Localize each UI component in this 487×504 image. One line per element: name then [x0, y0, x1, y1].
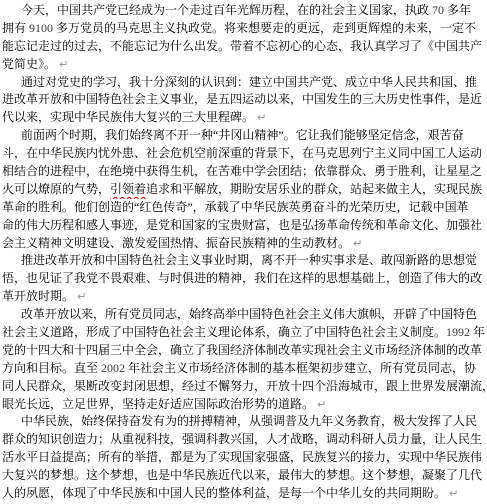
paragraph: 前面两个时期，我们始终离不开一种“井冈山精神”。它让我们能够坚定信念，艰苦奋斗，…: [2, 127, 487, 252]
text-line: 悟，也见证了我党不畏艰难、与时俱进的精神，我们在这样的思想基础上，创造了伟大的改: [2, 270, 487, 288]
text-line: 社会主义道路，形成了中国特色社会主义理论体系，确立了中国特色社会主义制度。199…: [2, 324, 487, 342]
text-line: 方向和目标。直至 2002 年社会主义市场经济体制的基本框架初步建立，所有党员同…: [2, 360, 487, 378]
text-line: 活水平日益提高；所有的举措，都是为了实现国家强盛，民族复兴的接力，实现中华民族伟: [2, 449, 487, 467]
text-line: 火可以燎原的气势，引领着追求和平解放，期盼安居乐业的群众，站起来做主人，实现民族: [2, 181, 487, 199]
text-line: 革开放时期。↵: [2, 288, 487, 306]
text-line: 命的伟大历程和感人事迹，是党和国家的宝贵财富，也是弘扬革命传统和革命文化、加强社: [2, 217, 487, 235]
text-line: 相结合的进程中，在绝境中获得生机，在苦难中学会团结；依靠群众、勇于胜利，让星星之: [2, 163, 487, 181]
paragraph-mark-icon: ↵: [317, 397, 327, 411]
text-line: 同人民群众，果断改变封闭思想，经过不懈努力，开放十四个沿海城市，跟上世界发展潮流…: [2, 378, 487, 396]
text-line: 进改革开放和中国特色社会主义事业，是五四运动以来，中国发生的三大历史性事件，是近: [2, 91, 487, 109]
paragraph-mark-icon: ↵: [59, 57, 69, 71]
text-line: 革命的胜利。他们创造的“红色传奇”，承载了中华民族英勇奋斗的光荣历史，记载中国革: [2, 199, 487, 217]
spellcheck-underline: 引领着: [110, 182, 146, 196]
text-line: 前面两个时期，我们始终离不开一种“井冈山精神”。它让我们能够坚定信念，艰苦奋: [2, 127, 487, 145]
text-line: 推进改革开放和中国特色社会主义事业时期，离不开一种实事求是、敢闯新路的思想觉: [2, 252, 487, 270]
text-line: 会主义精神文明建设、激发爱国热情、振奋民族精神的生动教材。↵: [2, 235, 487, 253]
text-line: 今天，中国共产党已经成为一个走过百年光辉历程，在的社会主义国家，执政 70 多年: [2, 2, 487, 20]
latin-number: 70: [432, 3, 444, 17]
text-line: 大复兴的梦想。这个梦想，也是中华民族近代以来，最伟大的梦想。这个梦想，凝聚了几代: [2, 467, 487, 485]
text-line: 代以来，实现中华民族伟大复兴的三大里程碑。↵: [2, 109, 487, 127]
text-line: 中华民族，始终保持奋发有为的拼搏精神，从强调普及九年义务教育，极大发挥了人民: [2, 413, 487, 431]
paragraph-mark-icon: ↵: [449, 486, 459, 500]
document-page[interactable]: 今天，中国共产党已经成为一个走过百年光辉历程，在的社会主义国家，执政 70 多年…: [0, 0, 487, 504]
text-line: 能忘记走过的过去，不能忘记为什么出发。带着不忘初心的心态，我认真学习了《中国共产: [2, 38, 487, 56]
text-line: 群众的知识创造力；从重视科技，强调科教兴国，人才战略，调动科研人员力量，让人民生: [2, 431, 487, 449]
text-line: 眼光长远，立足世界，坚持走好适应国际政治形势的道路。↵: [2, 396, 487, 414]
paragraph: 改革开放以来，所有党员同志，始终高举中国特色社会主义伟大旗帜，开辟了中国特色社会…: [2, 306, 487, 413]
paragraph: 通过对党史的学习，我十分深刻的认识到：建立中国共产党、成立中华人民共和国、推进改…: [2, 74, 487, 128]
latin-number: 1992: [446, 325, 470, 339]
paragraph-mark-icon: ↵: [353, 236, 363, 250]
text-line: 党简史》。↵: [2, 56, 487, 74]
paragraph: 今天，中国共产党已经成为一个走过百年光辉历程，在的社会主义国家，执政 70 多年…: [2, 2, 487, 74]
paragraph-mark-icon: ↵: [257, 110, 267, 124]
text-line: 拥有 9100 多万党员的马克思主义执政党。将来想要走的更远，走到更辉煌的未来，…: [2, 20, 487, 38]
text-line: 党的十四大和十四届三中全会，确立了我国经济体制改革实现社会主义市场经济体制的改革: [2, 342, 487, 360]
text-line: 斗，在中华民族内忧外患、社会危机空前深重的背景下，在马克思列宁主义同中国工人运动: [2, 145, 487, 163]
paragraph: 推进改革开放和中国特色社会主义事业时期，离不开一种实事求是、敢闯新路的思想觉悟，…: [2, 252, 487, 306]
latin-number: 9100: [29, 21, 53, 35]
paragraph: 中华民族，始终保持奋发有为的拼搏精神，从强调普及九年义务教育，极大发挥了人民群众…: [2, 413, 487, 502]
paragraph-mark-icon: ↵: [77, 289, 87, 303]
text-line: 通过对党史的学习，我十分深刻的认识到：建立中国共产党、成立中华人民共和国、推: [2, 74, 487, 92]
text-line: 人的夙愿，体现了中华民族和中国人民的整体利益，是每一个中华儿女的共同期盼。↵: [2, 485, 487, 503]
latin-number: 2002: [101, 361, 125, 375]
text-line: 改革开放以来，所有党员同志，始终高举中国特色社会主义伟大旗帜，开辟了中国特色: [2, 306, 487, 324]
